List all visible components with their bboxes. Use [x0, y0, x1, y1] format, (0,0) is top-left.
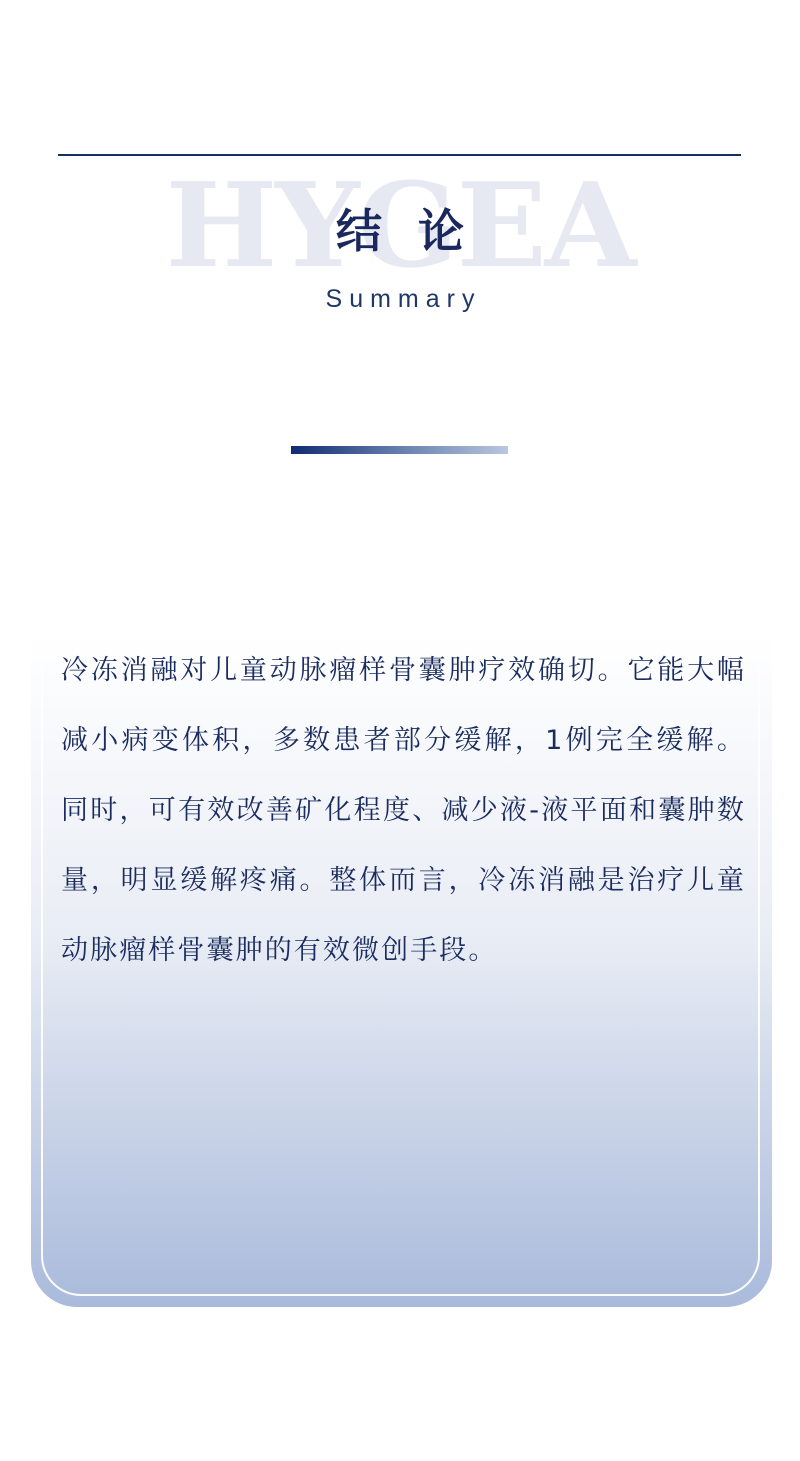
section-subtitle: Summary	[0, 287, 800, 312]
summary-paragraph: 冷冻消融对儿童动脉瘤样骨囊肿疗效确切。它能大幅减小病变体积，多数患者部分缓解，1…	[61, 636, 746, 986]
top-divider	[58, 154, 741, 156]
gradient-accent-bar	[291, 446, 508, 454]
summary-card-top-fade	[39, 556, 764, 636]
section-title: 结 论	[0, 208, 800, 254]
